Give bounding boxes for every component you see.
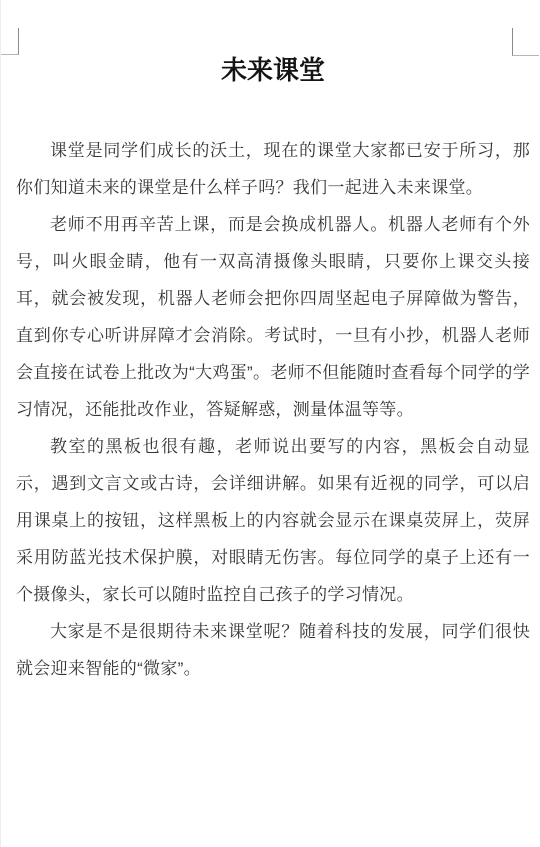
page-title: 未来课堂: [16, 46, 530, 94]
paragraph-2: 老师不用再辛苦上课，而是会换成机器人。机器人老师有个外号，叫火眼金睛，他有一双高…: [16, 206, 530, 428]
document-content: 未来课堂 课堂是同学们成长的沃土，现在的课堂大家都已安于所习，那你们知道未来的课…: [16, 46, 530, 687]
paragraph-3: 教室的黑板也很有趣，老师说出要写的内容，黑板会自动显示，遇到文言文或古诗，会详细…: [16, 428, 530, 613]
paragraph-4: 大家是不是很期待未来课堂呢？随着科技的发展，同学们很快就会迎来智能的“微家”。: [16, 613, 530, 687]
paragraph-1: 课堂是同学们成长的沃土，现在的课堂大家都已安于所习，那你们知道未来的课堂是什么样…: [16, 132, 530, 206]
document-page: 未来课堂 课堂是同学们成长的沃土，现在的课堂大家都已安于所习，那你们知道未来的课…: [0, 0, 540, 847]
